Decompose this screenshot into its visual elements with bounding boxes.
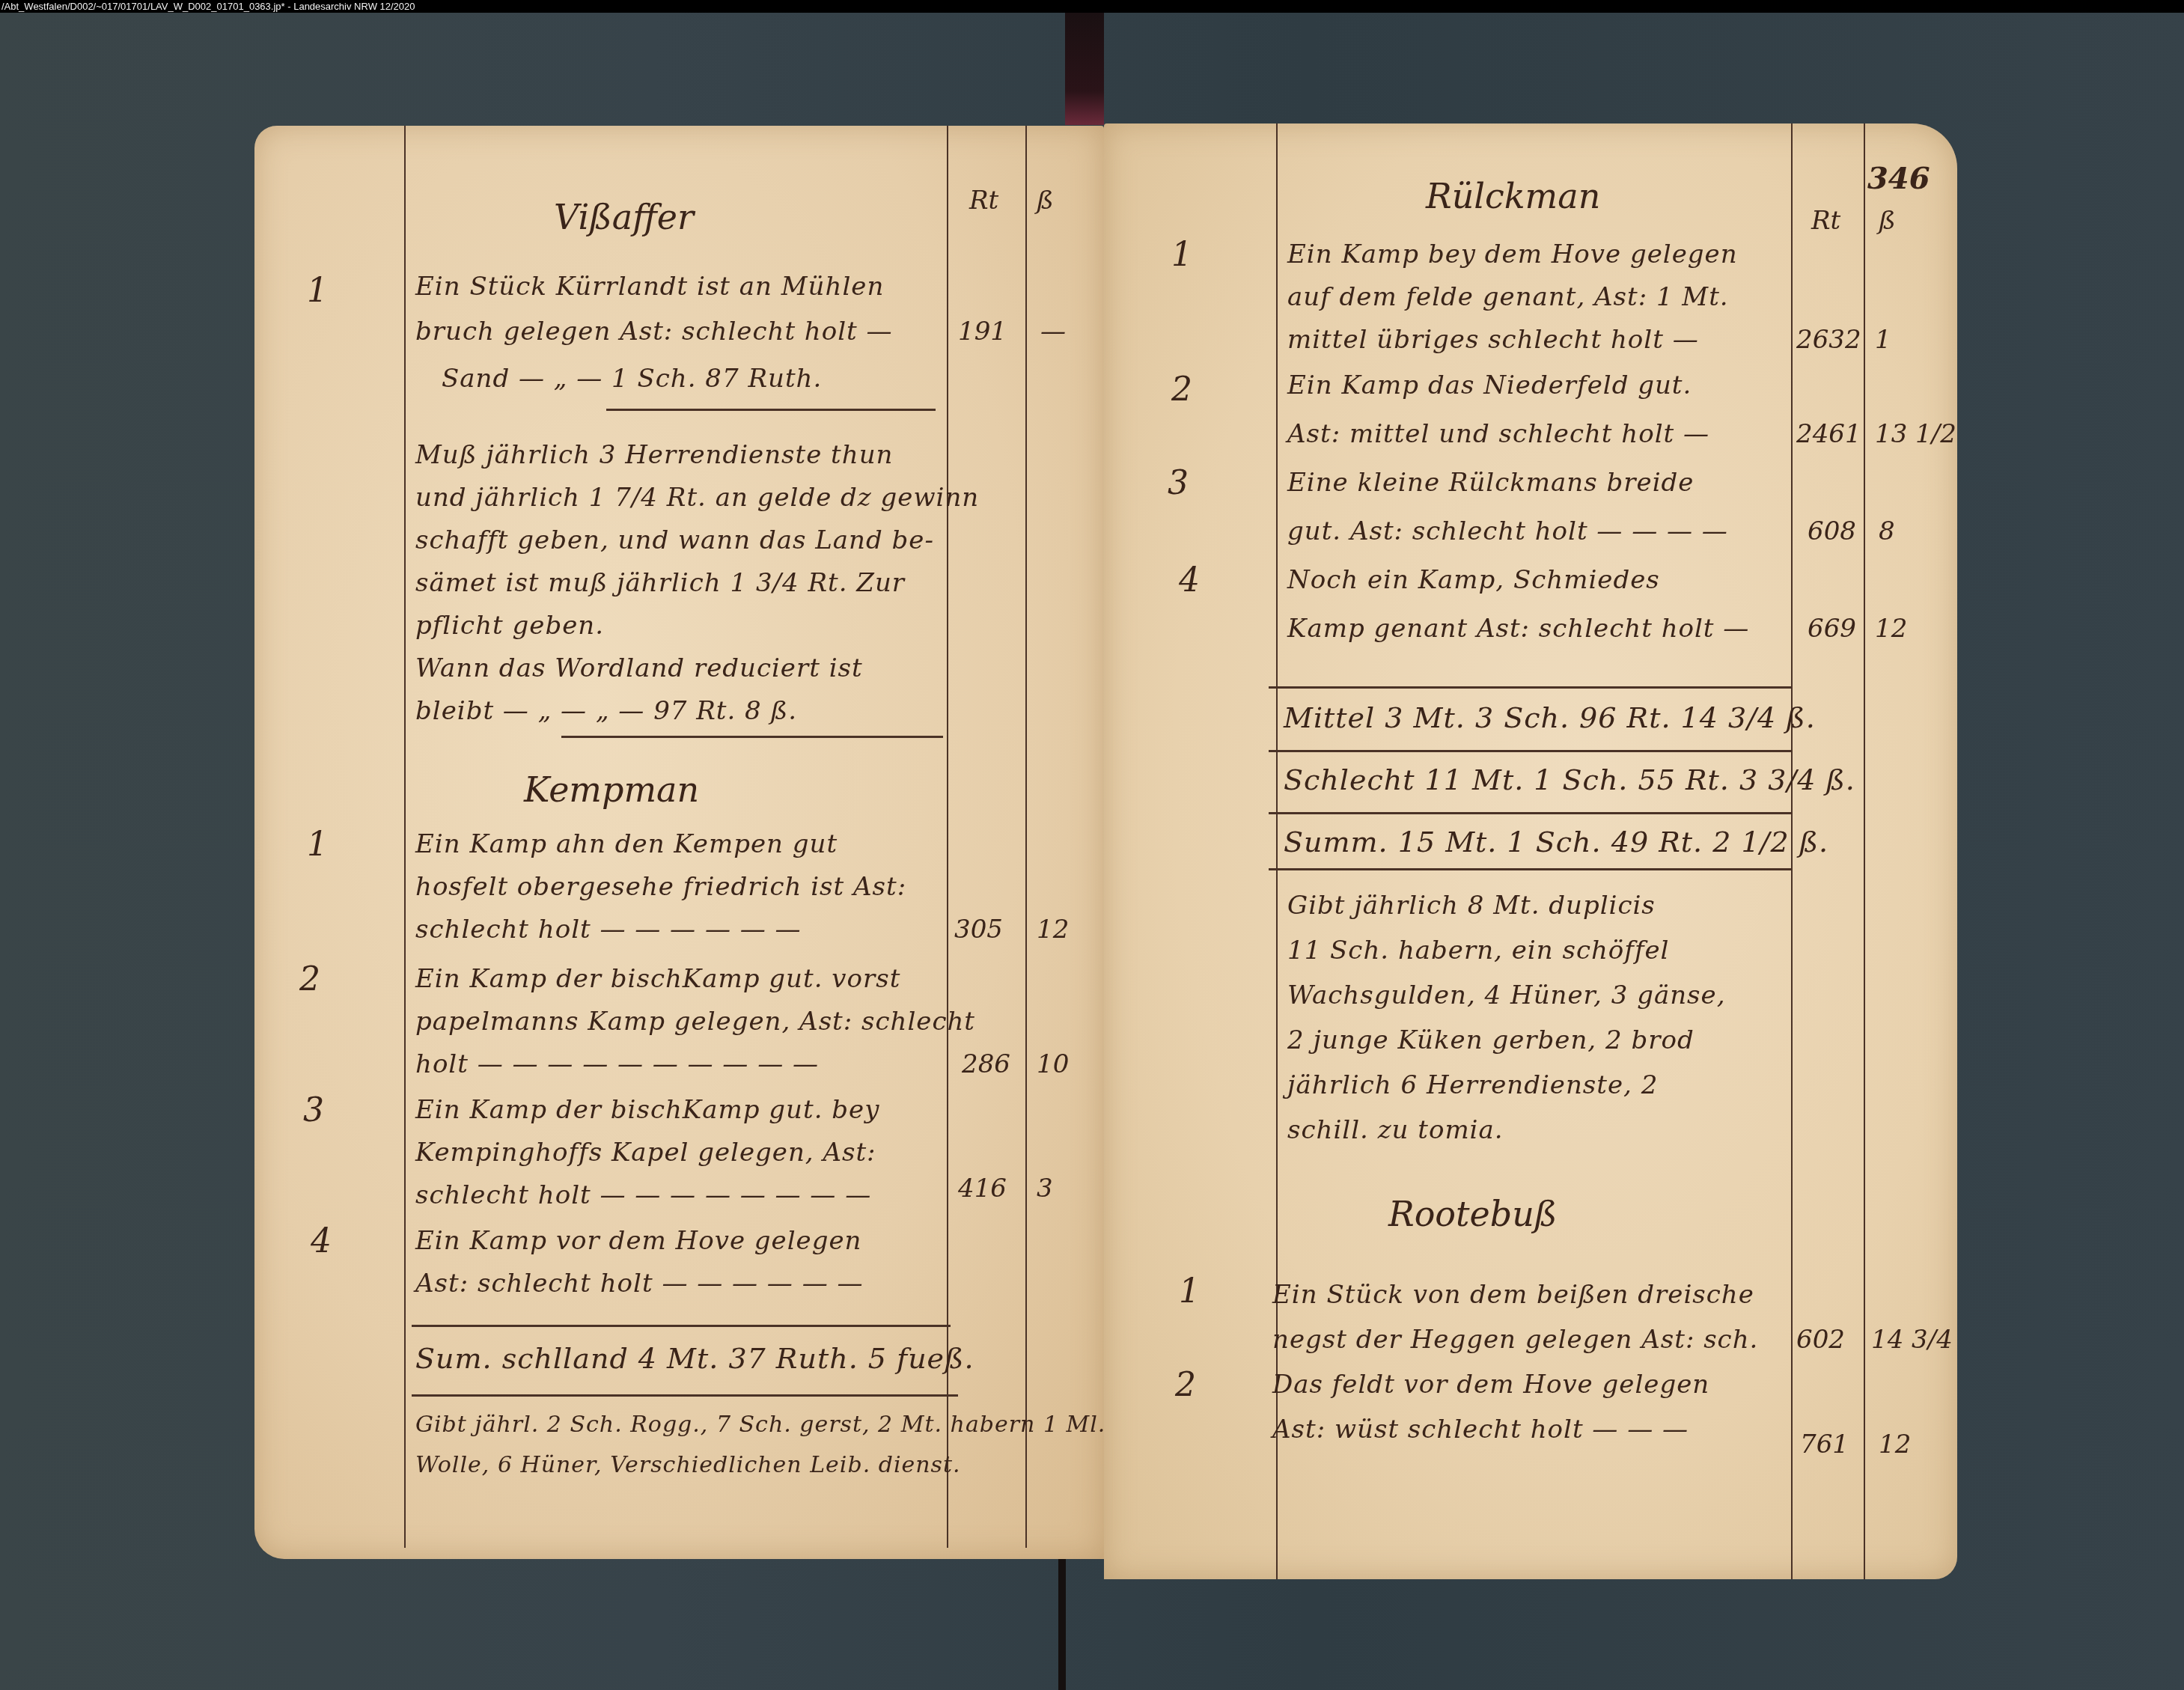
note-line: Gibt jährl. 2 Sch. Rogg., 7 Sch. gerst, … — [415, 1412, 1105, 1438]
entry-amount-ss: 8 — [1879, 516, 1895, 546]
entry-line: mittel übriges schlecht holt — — [1287, 325, 1699, 355]
totals-box-line — [1269, 812, 1793, 814]
entry-amount-ss: 14 3/4 — [1871, 1325, 1953, 1355]
note-line: Wachsgulden, 4 Hüner, 3 gänse, — [1287, 980, 1725, 1010]
totals-box-line — [1269, 868, 1793, 870]
book-spine-gap — [1058, 1557, 1066, 1690]
entry-line: gut. Ast: schlecht holt — — — — — [1287, 516, 1728, 546]
section-heading: Rülckman — [1426, 176, 1600, 216]
entry-line: Ein Kamp der bischKamp gut. vorst — [415, 964, 900, 994]
total-box-top — [412, 1325, 951, 1327]
note-line: und jährlich 1 7/4 Rt. an gelde dz gewin… — [415, 483, 979, 513]
entry-line: Sand — „ — 1 Sch. 87 Ruth. — [442, 364, 822, 394]
note-line: schafft geben, und wann das Land be- — [415, 525, 934, 555]
entry-line: Kempinghoffs Kapel gelegen, Ast: — [415, 1138, 876, 1168]
entry-line: Noch ein Kamp, Schmiedes — [1287, 565, 1660, 595]
entry-line: Ein Kamp ahn den Kempen gut — [415, 829, 838, 859]
underline — [606, 409, 936, 411]
entry-marker: 1 — [1179, 1272, 1200, 1311]
total-line: Sum. schlland 4 Mt. 37 Ruth. 5 fueß. — [415, 1342, 974, 1375]
entry-line: hosfelt obergesehe friedrich ist Ast: — [415, 872, 906, 902]
note-line: 11 Sch. habern, ein schöffel — [1287, 936, 1669, 966]
entry-amount-rt: 669 — [1808, 614, 1856, 644]
entry-line: negst der Heggen gelegen Ast: sch. — [1272, 1325, 1758, 1355]
entry-line: papelmanns Kamp gelegen, Ast: schlecht — [415, 1007, 975, 1037]
section-heading: Rootebuß — [1388, 1194, 1558, 1234]
column-header-rt: Rt — [969, 186, 998, 216]
left-page: Rt ß Vißaffer 1 Ein Stück Kürrlandt ist … — [254, 126, 1104, 1559]
book-spine — [1065, 13, 1104, 125]
section-heading: Kempman — [524, 769, 699, 810]
total-line-summ: Summ. 15 Mt. 1 Sch. 49 Rt. 2 1/2 ß. — [1284, 826, 1828, 858]
amount-column-line-2 — [1025, 126, 1027, 1548]
entry-line: schlecht holt — — — — — — — — — [415, 1180, 871, 1210]
entry-marker: 1 — [307, 272, 328, 310]
note-line: pflicht geben. — [415, 611, 604, 641]
note-line: Wolle, 6 Hüner, Verschiedlichen Leib. di… — [415, 1452, 961, 1478]
entry-line: Das feldt vor dem Hove gelegen — [1272, 1370, 1709, 1400]
entry-amount-rt: 286 — [962, 1049, 1010, 1079]
entry-marker: 3 — [1168, 464, 1189, 502]
entry-amount-ss: 10 — [1037, 1049, 1069, 1079]
entry-line: Kamp genant Ast: schlecht holt — — [1287, 614, 1749, 644]
column-header-ss: ß — [1037, 186, 1054, 216]
right-page: 346 Rt ß Rülckman 1 Ein Kamp bey dem Hov… — [1104, 123, 1957, 1579]
underline — [561, 736, 943, 738]
entry-marker: 4 — [311, 1222, 332, 1260]
entry-amount-ss: 12 — [1879, 1430, 1911, 1459]
entry-amount-rt: 2461 — [1796, 419, 1861, 449]
entry-line: Ein Kamp vor dem Hove gelegen — [415, 1226, 861, 1256]
entry-amount-rt: 602 — [1796, 1325, 1845, 1355]
entry-amount-rt: 191 — [958, 317, 1007, 347]
entry-line: Ein Stück Kürrlandt ist an Mühlen — [415, 272, 884, 302]
note-line: sämet ist muß jährlich 1 3/4 Rt. Zur — [415, 568, 905, 598]
note-line: jährlich 6 Herrendienste, 2 — [1287, 1070, 1658, 1100]
amount-column-line — [947, 126, 948, 1548]
entry-marker: 4 — [1179, 561, 1200, 600]
entry-line: Ein Kamp bey dem Hove gelegen — [1287, 240, 1738, 269]
total-line-schlecht: Schlecht 11 Mt. 1 Sch. 55 Rt. 3 3/4 ß. — [1284, 763, 1855, 796]
note-line: schill. zu tomia. — [1287, 1115, 1504, 1145]
note-line: bleibt — „ — „ — 97 Rt. 8 ß. — [415, 696, 797, 726]
entry-line: auf dem felde genant, Ast: 1 Mt. — [1287, 282, 1729, 312]
entry-line: schlecht holt — — — — — — — [415, 915, 802, 945]
entry-line: Ein Kamp der bischKamp gut. bey — [415, 1095, 879, 1125]
total-box-bottom — [412, 1394, 958, 1397]
window-title-bar: /Abt_Westfalen/D002/~017/01701/LAV_W_D00… — [0, 0, 2184, 13]
entry-marker: 1 — [1171, 236, 1192, 274]
entry-amount-ss: 13 1/2 — [1875, 419, 1956, 449]
entry-amount-rt: 305 — [954, 915, 1003, 945]
entry-amount-rt: 2632 — [1796, 325, 1861, 355]
entry-amount-ss: — — [1040, 317, 1066, 347]
entry-line: Ast: wüst schlecht holt — — — — [1272, 1415, 1689, 1445]
total-line-mittel: Mittel 3 Mt. 3 Sch. 96 Rt. 14 3/4 ß. — [1284, 701, 1816, 734]
entry-amount-ss: 12 — [1037, 915, 1069, 945]
entry-marker: 2 — [1175, 1366, 1196, 1404]
entry-line: holt — — — — — — — — — — — [415, 1049, 819, 1079]
entry-line: Eine kleine Rülckmans breide — [1287, 468, 1694, 498]
entry-marker: 2 — [299, 960, 320, 998]
totals-box-line — [1269, 686, 1793, 689]
entry-amount-ss: 1 — [1875, 325, 1891, 355]
entry-marker: 2 — [1171, 370, 1192, 409]
note-line: Muß jährlich 3 Herrendienste thun — [415, 440, 893, 470]
margin-column-line — [1276, 123, 1278, 1579]
entry-line: Ein Stück von dem beißen dreische — [1272, 1280, 1754, 1310]
column-header-ss: ß — [1879, 206, 1896, 236]
note-line: Wann das Wordland reduciert ist — [415, 653, 863, 683]
margin-column-line — [404, 126, 406, 1548]
entry-line: Ast: mittel und schlecht holt — — [1287, 419, 1709, 449]
totals-box-line — [1269, 750, 1793, 752]
entry-line: Ein Kamp das Niederfeld gut. — [1287, 370, 1692, 400]
entry-marker: 1 — [307, 826, 328, 864]
entry-amount-ss: 12 — [1875, 614, 1907, 644]
amount-column-line-2 — [1864, 123, 1865, 1579]
entry-line: Ast: schlecht holt — — — — — — — [415, 1269, 863, 1299]
entry-amount-rt: 416 — [958, 1174, 1007, 1204]
entry-marker: 3 — [303, 1091, 324, 1129]
entry-line: bruch gelegen Ast: schlecht holt — — [415, 317, 893, 347]
entry-amount-ss: 3 — [1037, 1174, 1053, 1204]
page-number: 346 — [1867, 161, 1930, 196]
entry-amount-rt: 761 — [1800, 1430, 1849, 1459]
note-line: 2 junge Küken gerben, 2 brod — [1287, 1025, 1695, 1055]
window-title: /Abt_Westfalen/D002/~017/01701/LAV_W_D00… — [1, 1, 415, 12]
column-header-rt: Rt — [1811, 206, 1840, 236]
entry-amount-rt: 608 — [1808, 516, 1856, 546]
section-heading: Vißaffer — [554, 197, 694, 237]
note-line: Gibt jährlich 8 Mt. duplicis — [1287, 891, 1656, 921]
